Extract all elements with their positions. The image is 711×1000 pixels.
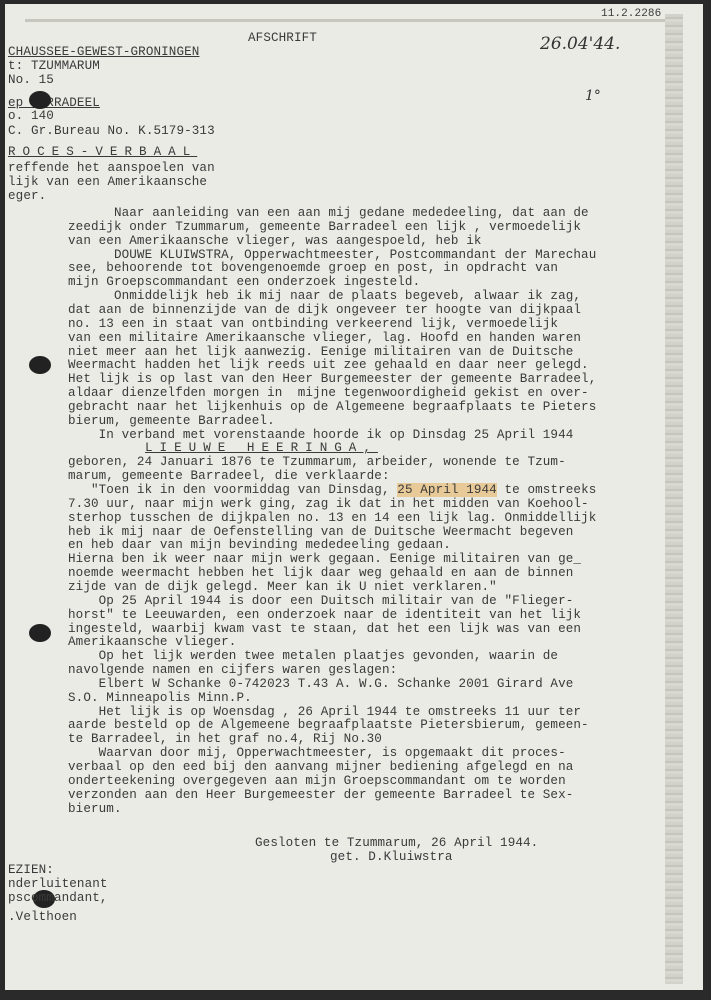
archive-number: 11.2.2286 — [601, 8, 661, 21]
header-post-no: No. 15 — [8, 74, 54, 87]
subject-line-3: eger. — [8, 190, 46, 203]
body-line: DOUWE KLUIWSTRA, Opperwachtmeester, Post… — [68, 249, 596, 262]
body-line: Weermacht hadden het lijk reeds uit zee … — [68, 359, 589, 372]
header-bureau: C. Gr.Bureau No. K.5179-313 — [8, 125, 215, 138]
document-type: ROCES-VERBAAL — [8, 146, 197, 159]
body-line: Hierna ben ik weer naar mijn werk gegaan… — [68, 553, 581, 566]
highlighted-date: 25 April 1944 — [397, 483, 497, 497]
body-line: Waarvan door mij, Opperwachtmeester, is … — [68, 747, 566, 760]
body-line: heb ik mij naar de Oefenstelling van de … — [68, 526, 573, 539]
closing-place-date: Gesloten te Tzummarum, 26 April 1944. — [255, 837, 538, 850]
body-line: navolgende namen en cijfers waren geslag… — [68, 664, 397, 677]
body-line: see, behoorende tot bovengenoemde groep … — [68, 262, 558, 275]
header-group-no: o. 140 — [8, 110, 54, 123]
footer-seen: EZIEN: — [8, 864, 54, 877]
body-line: Op het lijk werden twee metalen plaatjes… — [68, 650, 558, 663]
body-line: Het lijk is op Woensdag , 26 April 1944 … — [68, 706, 581, 719]
punch-hole — [29, 624, 51, 642]
footer-name: .Velthoen — [8, 911, 77, 924]
page-mark: 1° — [585, 88, 601, 104]
footer-rank: nderluitenant — [8, 878, 108, 891]
body-line: onderteekening overgegeven aan mijn Groe… — [68, 775, 566, 788]
body-line: Het lijk is op last van den Heer Burgeme… — [68, 373, 596, 386]
body-line: In verband met vorenstaande hoorde ik op… — [68, 429, 573, 442]
body-line: no. 13 een in staat van ontbinding verke… — [68, 318, 558, 331]
body-line: zijde van de dijk gelegd. Meer kan ik U … — [68, 581, 497, 594]
body-line: mijn Groepscommandant een onderzoek inge… — [68, 276, 420, 289]
body-line: en heb daar van mijn bevinding mededeeli… — [68, 539, 451, 552]
header-district: CHAUSSEE-GEWEST-GRONINGEN — [8, 46, 199, 59]
body-line: verbaal op den eed bij den aanvang mijne… — [68, 761, 573, 774]
stamp-label: AFSCHRIFT — [248, 32, 317, 45]
body-line: marum, gemeente Barradeel, die verklaard… — [68, 470, 390, 483]
body-line: Elbert W Schanke 0-742023 T.43 A. W.G. S… — [68, 678, 573, 691]
body-line: aarde besteld op de Algemeene begraafpla… — [68, 719, 589, 732]
body-line: zeedijk onder Tzummarum, gemeente Barrad… — [68, 221, 581, 234]
body-line: noemde weermacht hebben het lijk daar we… — [68, 567, 573, 580]
body-line: horst" te Leeuwarden, een onderzoek naar… — [68, 609, 581, 622]
body-line: S.O. Minneapolis Minn.P. — [68, 692, 252, 705]
body-line: LIEUWE HEERINGA, — [145, 442, 378, 455]
body-line: bierum, gemeente Barradeel. — [68, 415, 275, 428]
handwritten-date: 26.04'44. — [540, 34, 620, 54]
body-line: geboren, 24 Januari 1876 te Tzummarum, a… — [68, 456, 566, 469]
subject-line-2: lijk van een Amerikaansche — [8, 176, 207, 189]
punch-hole — [29, 91, 51, 109]
body-line: verzonden aan den Heer Burgemeester der … — [68, 789, 573, 802]
header-post: t: TZUMMARUM — [8, 60, 100, 73]
copy-edge-line — [25, 19, 665, 22]
body-line: Op 25 April 1944 is door een Duitsch mil… — [68, 595, 573, 608]
body-line: niet meer aan het lijk aanwezig. Eenige … — [68, 346, 573, 359]
body-line: Onmiddelijk heb ik mij naar de plaats be… — [68, 290, 581, 303]
binding-strip — [665, 14, 683, 984]
body-line: Amerikaansche vlieger. — [68, 636, 236, 649]
body-line: van een Amerikaansche vlieger, was aange… — [68, 235, 482, 248]
body-line: sterhop tusschen de dijkpalen no. 13 en … — [68, 512, 596, 525]
footer-role: pscommandant, — [8, 892, 108, 905]
body-line: gebracht naar het lijkenhuis op de Algem… — [68, 401, 596, 414]
body-line: aldaar dienzelfden morgen in mijne tegen… — [68, 387, 589, 400]
subject-line-1: reffende het aanspoelen van — [8, 162, 215, 175]
body-line: van een militaire Amerikaansche vlieger,… — [68, 332, 581, 345]
body-line: te Barradeel, in het graf no.4, Rij No.3… — [68, 733, 382, 746]
document-page: 11.2.2286 26.04'44. 1° AFSCHRIFT CHAUSSE… — [5, 4, 703, 990]
body-line: Naar aanleiding van een aan mij gedane m… — [68, 207, 589, 220]
body-line: dat aan de binnenzijde van de dijk ongev… — [68, 304, 581, 317]
closing-signature: get. D.Kluiwstra — [330, 851, 453, 864]
body-line: 7.30 uur, naar mijn werk ging, zag ik da… — [68, 498, 589, 511]
body-line: "Toen ik in den voormiddag van Dinsdag, … — [68, 484, 596, 497]
body-line: ingesteld, waarbij kwam vast te staan, d… — [68, 623, 581, 636]
punch-hole — [29, 356, 51, 374]
body-line: bierum. — [68, 803, 122, 816]
